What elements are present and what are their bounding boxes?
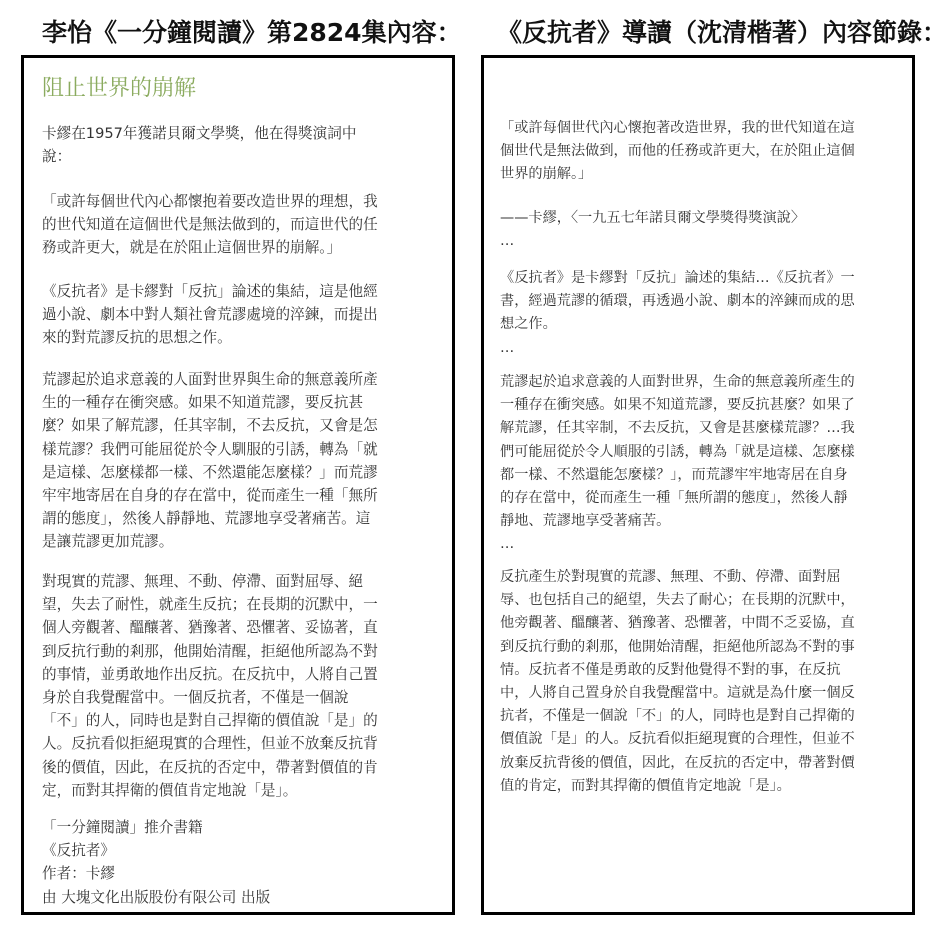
text-line: 定，而對其捍衛的價值肯定地說「是」。 xyxy=(42,779,442,802)
left-column-heading: 李怡《一分鐘閱讀》第2824集內容： xyxy=(42,16,462,50)
text-line: 的存在當中，從而產生一種「無所謂的態度」，然後人靜 xyxy=(500,487,902,510)
text-line: 「或許每個世代內心都懷抱着要改造世界的理想，我 xyxy=(42,190,442,213)
text-line: 值的肯定，而對其捍衛的價值肯定地說「是」。 xyxy=(500,775,902,798)
text-line: 過小說、劇本中對人類社會荒謬處境的淬鍊，而提出 xyxy=(42,303,442,326)
text-line: 個人旁觀著、醞釀著、猶豫著、恐懼著、妥協著，直 xyxy=(42,616,442,639)
book-credits: 「一分鐘閱讀」推介書籍 《反抗者》 作者：卡繆 由 大塊文化出版股份有限公司 出… xyxy=(42,816,442,909)
text-line: 由 大塊文化出版股份有限公司 出版 xyxy=(42,886,442,909)
absurdity-paragraph: 荒謬起於追求意義的人面對世界與生命的無意義所產 生的一種存在衝突感。如果不知道荒… xyxy=(42,368,442,554)
text-line: 是這樣、怎麼樣都一樣、不然還能怎麼樣？」而荒謬 xyxy=(42,461,442,484)
text-line: 生的一種存在衝突感。如果不知道荒謬，要反抗甚 xyxy=(42,391,442,414)
text-line: 來的對荒謬反抗的思想之作。 xyxy=(42,326,442,349)
text-line: 靜地、荒謬地享受著痛苦。 xyxy=(500,510,902,533)
text-line: 「不」的人，同時也是對自己捍衛的價值說「是」的 xyxy=(42,709,442,732)
text-line: 《反抗者》 xyxy=(42,839,442,862)
text-line: ——卡繆，〈一九五七年諾貝爾文學獎得獎演說〉 xyxy=(500,207,902,230)
text-line: 情。反抗者不僅是勇敢的反對他覺得不對的事，在反抗 xyxy=(500,659,902,682)
text-line: 解荒謬，任其宰制，不去反抗，又會是甚麼樣荒謬？…我 xyxy=(500,417,902,440)
text-line: 《反抗者》是卡繆對「反抗」論述的集結，這是他經 xyxy=(42,280,442,303)
text-line: 望，失去了耐性，就產生反抗；在長期的沉默中，一 xyxy=(42,593,442,616)
text-line: 的世代知道在這個世代是無法做到的，而這世代的任 xyxy=(42,213,442,236)
right-column-heading: 《反抗者》導讀（沈清楷著）內容節錄： xyxy=(497,16,946,50)
text-line: 中，人將自己置身於自我覺醒當中。這就是為什麼一個反 xyxy=(500,682,902,705)
article-title: 阻止世界的崩解 xyxy=(42,74,196,104)
text-line: 樣荒謬？我們可能屈從於令人馴服的引誘，轉為「就 xyxy=(42,438,442,461)
text-line: 是讓荒謬更加荒謬。 xyxy=(42,530,442,553)
right-panel-book-excerpt: 「或許每個世代內心懷抱著改造世界，我的世代知道在這 個世代是無法做到，而他的任務… xyxy=(481,55,915,915)
text-line: 後的價值，因此，在反抗的否定中，帶著對價值的肯 xyxy=(42,756,442,779)
text-line: 價值說「是」的人。反抗看似拒絕現實的合理性，但並不 xyxy=(500,728,902,751)
quote-attribution: ——卡繆，〈一九五七年諾貝爾文學獎得獎演說〉 … xyxy=(500,207,902,253)
text-line: 書，經過荒謬的循環，再透過小說、劇本的淬鍊而成的思 xyxy=(500,290,902,313)
text-line: 反抗產生於對現實的荒謬、無理、不動、停滯、面對屈 xyxy=(500,566,902,589)
text-line: 《反抗者》是卡繆對「反抗」論述的集結…《反抗者》一 xyxy=(500,267,902,290)
rebellion-paragraph: 反抗產生於對現實的荒謬、無理、不動、停滯、面對屈 辱、也包括自己的絕望，失去了耐… xyxy=(500,566,902,798)
text-line: 們可能屈從於令人順服的引誘，轉為「就是這樣、怎麼樣 xyxy=(500,441,902,464)
text-line: 世界的崩解。」 xyxy=(500,163,902,186)
ellipsis: … xyxy=(500,337,902,360)
text-line: 謂的態度」，然後人靜靜地、荒謬地享受著痛苦。這 xyxy=(42,507,442,530)
rebellion-paragraph: 對現實的荒謬、無理、不動、停滯、面對屈辱、絕 望，失去了耐性，就產生反抗；在長期… xyxy=(42,570,442,802)
text-line: 卡繆在1957年獲諾貝爾文學獎，他在得獎演詞中 xyxy=(42,122,442,145)
book-summary-paragraph: 《反抗者》是卡繆對「反抗」論述的集結…《反抗者》一 書，經過荒謬的循環，再透過小… xyxy=(500,267,902,360)
ellipsis: … xyxy=(500,230,902,253)
text-line: 抗者，不僅是一個說「不」的人，同時也是對自己捍衛的 xyxy=(500,705,902,728)
absurdity-paragraph: 荒謬起於追求意義的人面對世界，生命的無意義所產生的 一種存在衝突感。如果不知道荒… xyxy=(500,371,902,557)
text-line: 想之作。 xyxy=(500,313,902,336)
text-line: 身於自我覺醒當中。一個反抗者，不僅是一個說 xyxy=(42,686,442,709)
text-line: 都一樣、不然還能怎麼樣？」，而荒謬牢牢地寄居在自身 xyxy=(500,464,902,487)
text-line: 「或許每個世代內心懷抱著改造世界，我的世代知道在這 xyxy=(500,117,902,140)
text-line: 作者：卡繆 xyxy=(42,862,442,885)
text-line: 一種存在衝突感。如果不知道荒謬，要反抗甚麼？如果了 xyxy=(500,394,902,417)
text-line: 他旁觀著、醞釀著、猶豫著、恐懼著，中間不乏妥協，直 xyxy=(500,612,902,635)
text-line: 麼？如果了解荒謬，任其宰制，不去反抗，又會是怎 xyxy=(42,414,442,437)
text-line: 務或許更大，就是在於阻止這個世界的崩解。」 xyxy=(42,236,442,259)
quote-paragraph: 「或許每個世代內心懷抱著改造世界，我的世代知道在這 個世代是無法做到，而他的任務… xyxy=(500,117,902,187)
text-line: 人。反抗看似拒絕現實的合理性，但並不放棄反抗背 xyxy=(42,732,442,755)
text-line: 「一分鐘閱讀」推介書籍 xyxy=(42,816,442,839)
text-line: 牢牢地寄居在自身的存在當中，從而產生一種「無所 xyxy=(42,484,442,507)
text-line: 說： xyxy=(42,145,442,168)
text-line: 放棄反抗背後的價值，因此，在反抗的否定中，帶著對價 xyxy=(500,752,902,775)
intro-paragraph: 卡繆在1957年獲諾貝爾文學獎，他在得獎演詞中 說： xyxy=(42,122,442,168)
text-line: 個世代是無法做到，而他的任務或許更大，在於阻止這個 xyxy=(500,140,902,163)
text-line: 辱、也包括自己的絕望，失去了耐心；在長期的沉默中， xyxy=(500,589,902,612)
text-line: 到反抗行動的剎那，他開始清醒，拒絕他所認為不對的事 xyxy=(500,636,902,659)
left-panel-episode-transcript: 阻止世界的崩解 卡繆在1957年獲諾貝爾文學獎，他在得獎演詞中 說： 「或許每個… xyxy=(21,55,455,915)
quote-paragraph: 「或許每個世代內心都懷抱着要改造世界的理想，我 的世代知道在這個世代是無法做到的… xyxy=(42,190,442,260)
text-line: 對現實的荒謬、無理、不動、停滯、面對屈辱、絕 xyxy=(42,570,442,593)
book-summary-paragraph: 《反抗者》是卡繆對「反抗」論述的集結，這是他經 過小說、劇本中對人類社會荒謬處境… xyxy=(42,280,442,350)
ellipsis: … xyxy=(500,533,902,556)
text-line: 荒謬起於追求意義的人面對世界與生命的無意義所產 xyxy=(42,368,442,391)
text-line: 到反抗行動的剎那，他開始清醒，拒絕他所認為不對 xyxy=(42,640,442,663)
text-line: 荒謬起於追求意義的人面對世界，生命的無意義所產生的 xyxy=(500,371,902,394)
text-line: 的事情，並勇敢地作出反抗。在反抗中，人將自己置 xyxy=(42,663,442,686)
